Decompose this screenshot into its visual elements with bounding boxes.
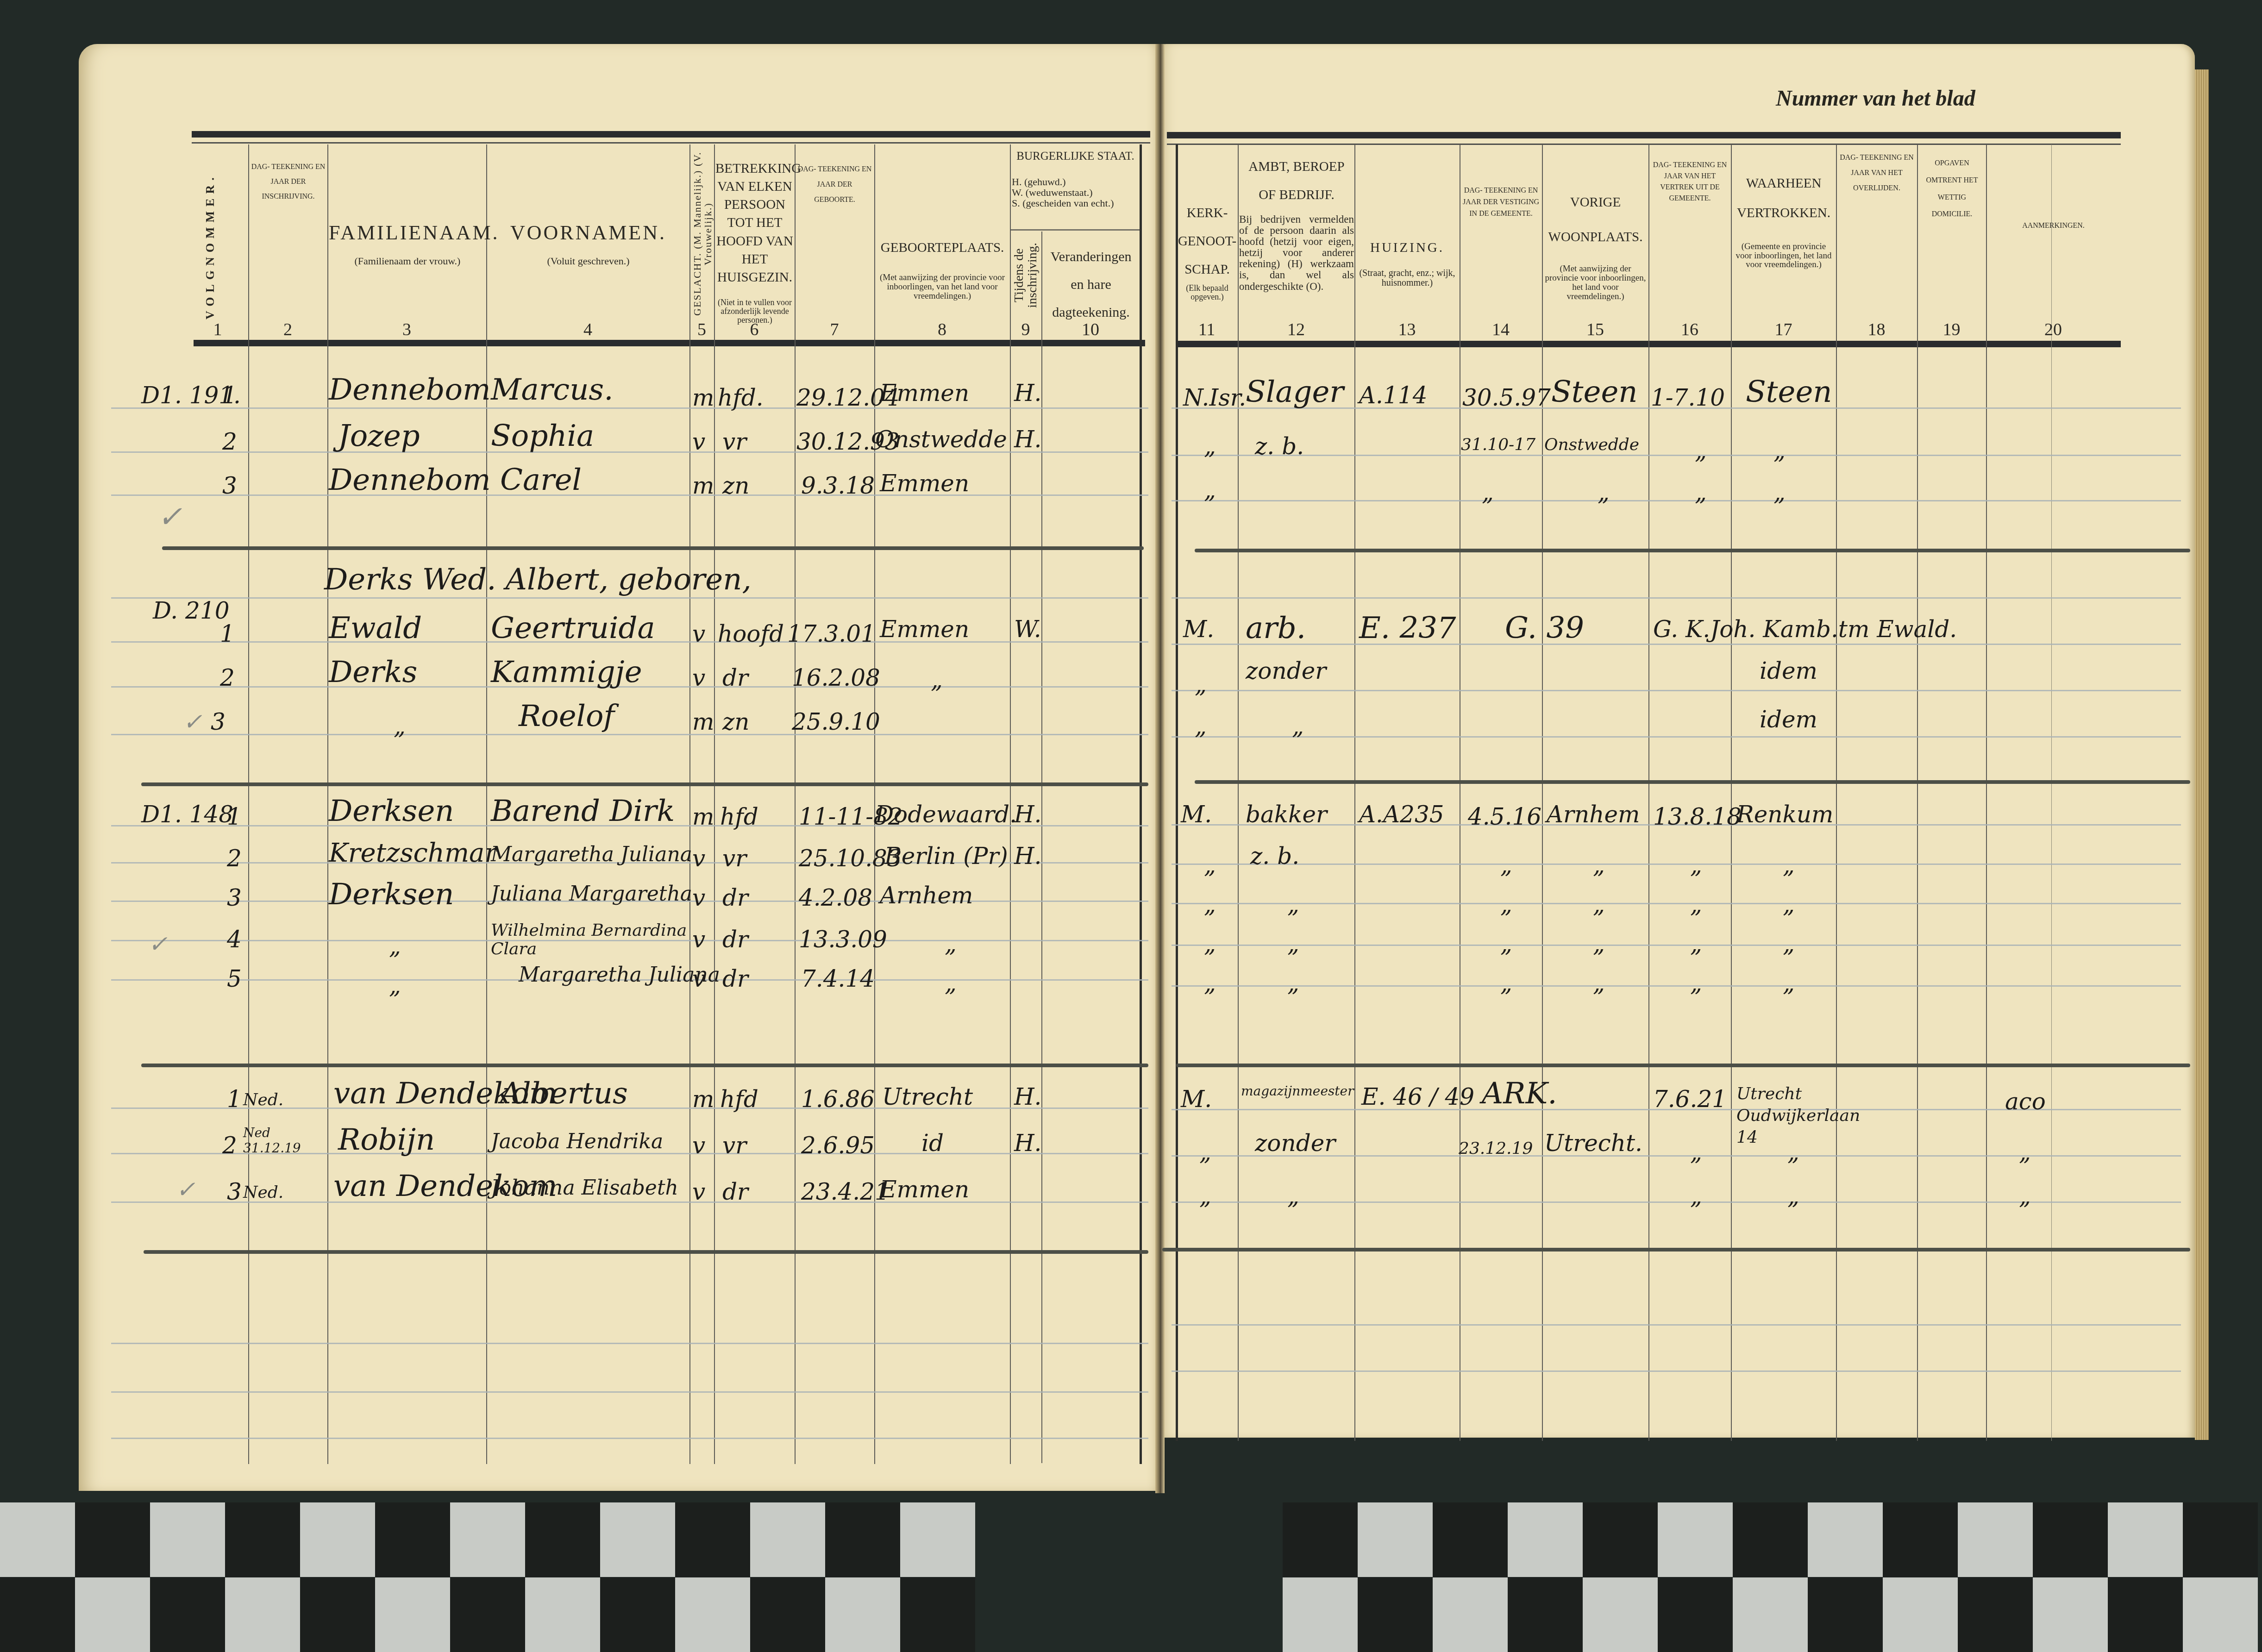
given-names: Margaretha Juliana xyxy=(491,843,692,866)
remarks: aco xyxy=(2005,1088,2046,1115)
household-separator xyxy=(144,1250,1148,1254)
birth-place: Emmen xyxy=(880,470,969,497)
row-nr: 3 xyxy=(227,884,242,911)
destination: „ xyxy=(1773,438,1786,464)
surname: „ xyxy=(394,713,406,740)
relation: vr xyxy=(722,845,746,872)
ruled-line xyxy=(1172,903,2181,904)
row-nr: 4 xyxy=(227,926,242,953)
civil-status: H. xyxy=(1014,1130,1042,1157)
col-num: 4 xyxy=(486,319,689,340)
given-names: Sophia xyxy=(491,419,594,453)
destination: „ xyxy=(1783,970,1795,997)
header-top-rule-right xyxy=(1167,132,2121,138)
sex: v xyxy=(692,965,705,992)
ruled-line xyxy=(1172,500,2181,501)
row-nr: 2 xyxy=(222,1132,237,1159)
col-10-header: Veranderingen en hare dagteekening. xyxy=(1043,243,1139,326)
col-num: 11 xyxy=(1176,319,1238,340)
departure-date: „ xyxy=(1690,970,1702,997)
household-ref: D. 210 xyxy=(153,597,230,624)
ruled-line xyxy=(1172,1370,2181,1372)
ruled-line xyxy=(111,1391,1148,1393)
given-names: Juliana Margaretha xyxy=(491,882,692,906)
col-3-header: FAMILIENAAM. (Familienaam der vrouw.) xyxy=(329,222,486,266)
departure-date: „ xyxy=(1690,891,1702,918)
col-1-header: VOLGNOMMER. xyxy=(204,199,216,319)
col-6-title: BETREKKING VAN ELKEN PERSOON TOT HET HOO… xyxy=(715,160,794,287)
occupation: magazijnmeester xyxy=(1241,1083,1352,1099)
relation: hfd xyxy=(720,803,758,830)
col-13-title: HUIZING. xyxy=(1356,241,1459,255)
relation: zn xyxy=(722,708,750,735)
col-line xyxy=(327,144,328,1464)
church: „ xyxy=(1195,671,1207,698)
previous-residence: Arnhem xyxy=(1547,801,1640,828)
color-calibration-strip-left xyxy=(0,1502,1000,1652)
col-num: 6 xyxy=(714,319,795,340)
settled-date: 30.5.97 xyxy=(1462,384,1551,411)
relation: dr xyxy=(722,926,748,953)
birth-date: 7.4.14 xyxy=(801,965,875,992)
remarks: „ xyxy=(2019,1139,2031,1166)
col-2-header: DAG- TEEKENING EN JAAR DER INSCHRIJVING. xyxy=(250,160,326,204)
household-separator xyxy=(1195,780,2190,784)
relation: dr xyxy=(722,664,748,691)
previous-residence: „ xyxy=(1598,479,1610,506)
surname: „ xyxy=(389,933,401,960)
birth-date: 25.9.10 xyxy=(792,708,880,735)
destination: „ xyxy=(1783,931,1795,957)
col-num: 3 xyxy=(327,319,486,340)
col-5-header: GESLACHT. (M. Mannelijk.) (V. Vrouwelijk… xyxy=(692,148,713,319)
destination: idem xyxy=(1760,706,1817,733)
col-num: 10 xyxy=(1041,319,1140,340)
birth-date: 2.6.95 xyxy=(801,1132,875,1159)
given-names: Johanna Elisabeth xyxy=(491,1176,678,1200)
surname: Derksen xyxy=(329,794,454,828)
row-nr: 1 xyxy=(227,803,242,830)
col-line xyxy=(1140,144,1142,1464)
col-num: 17 xyxy=(1731,319,1836,340)
church: M. xyxy=(1181,1086,1212,1113)
col-num: 14 xyxy=(1460,319,1542,340)
occupation: bakker xyxy=(1246,801,1327,828)
given-names: Margaretha Juliana xyxy=(519,963,720,987)
occupation: „ xyxy=(1287,891,1299,918)
church: „ xyxy=(1204,852,1216,879)
inscription: Ned. xyxy=(243,1090,283,1109)
destination: idem xyxy=(1760,657,1817,684)
occupation: „ xyxy=(1292,713,1304,740)
surname: „ xyxy=(389,972,401,999)
check-mark-icon: ✓ xyxy=(157,500,182,534)
house: A.A235 xyxy=(1359,801,1444,828)
bs-w: W. (weduwenstaat.) xyxy=(1012,187,1139,198)
surname: Dennebom xyxy=(329,373,491,407)
birth-place: Berlin (Pr) xyxy=(884,843,1008,870)
col-18-header: DAG- TEEKENING EN JAAR VAN HET OVERLIJDE… xyxy=(1837,150,1916,196)
surname: Jozep xyxy=(338,419,420,453)
previous-residence: G. 39 xyxy=(1505,611,1584,645)
check-mark-icon: ✓ xyxy=(176,1176,195,1203)
occupation: „ xyxy=(1287,931,1299,957)
relation: dr xyxy=(722,884,748,911)
civil-status: H. xyxy=(1014,426,1042,453)
destination: „ xyxy=(1787,1183,1799,1210)
row-nr: 1 xyxy=(222,382,237,409)
header-top-thin-rule-left xyxy=(192,142,1150,144)
church: „ xyxy=(1204,970,1216,997)
occupation: „ xyxy=(1287,1183,1299,1210)
previous-residence: „ xyxy=(1593,891,1605,918)
departure-date: „ xyxy=(1695,479,1707,506)
destination: „ xyxy=(1783,891,1795,918)
birth-date: 17.3.01 xyxy=(787,620,876,647)
col-20-header: AANMERKINGEN. xyxy=(1987,222,2119,230)
ruled-line xyxy=(111,734,1148,735)
household-separator xyxy=(141,1064,1148,1067)
row-nr: 3 xyxy=(211,708,226,735)
birth-date: 16.2.08 xyxy=(792,664,880,691)
settled-date: „ xyxy=(1500,970,1512,997)
settled-date: „ xyxy=(1500,931,1512,957)
col-13-note: (Straat, gracht, enz.; wijk, huisnommer.… xyxy=(1356,269,1459,288)
settled-date: „ xyxy=(1500,891,1512,918)
relation: zn xyxy=(722,472,750,499)
col-7-header: DAG- TEEKENING EN JAAR DER GEBOORTE. xyxy=(796,162,873,207)
household-ref: D1. 148 xyxy=(141,801,233,828)
ruled-line xyxy=(111,597,1148,599)
household-header-line: Derks Wed. Albert, geboren, xyxy=(324,563,752,597)
col-num: 7 xyxy=(795,319,874,340)
row-nr: 1 xyxy=(227,1086,242,1113)
destination: „ xyxy=(1783,852,1795,879)
col-17-header: WAARHEEN VERTROKKEN. (Gemeente en provin… xyxy=(1732,169,1835,269)
sex: v xyxy=(692,664,705,691)
occupation: zonder xyxy=(1246,657,1326,684)
given-names: Roelof xyxy=(519,699,614,733)
departure-date: „ xyxy=(1690,1183,1702,1210)
bs-s: S. (gescheiden van echt.) xyxy=(1012,198,1139,208)
birth-date: 1.6.86 xyxy=(801,1086,875,1113)
surname: Kretzschmar xyxy=(329,838,497,868)
settled-date: 31.10-17 xyxy=(1461,435,1535,454)
surname: Ewald xyxy=(329,611,422,645)
destination: G. K.Joh. Kamb.tm Ewald. xyxy=(1653,616,1957,643)
relation: dr xyxy=(722,965,748,992)
birth-place: Arnhem xyxy=(880,882,973,909)
given-names: Kammigje xyxy=(491,655,642,689)
relation: vr xyxy=(722,428,746,455)
civil-status: H. xyxy=(1014,843,1042,870)
col-8-title: GEBOORTEPLAATS. xyxy=(876,241,1009,255)
given-names: Wilhelmina Bernardina Clara xyxy=(491,921,690,958)
church: „ xyxy=(1204,433,1216,460)
col-num: 9 xyxy=(1010,319,1041,340)
birth-place: id xyxy=(921,1130,944,1157)
church: M. xyxy=(1183,616,1214,643)
church: „ xyxy=(1204,931,1216,957)
previous-residence: Onstwedde xyxy=(1544,435,1639,454)
ruled-line xyxy=(1172,1324,2181,1326)
col-11-title: KERK- GENOOT- SCHAP. xyxy=(1177,199,1237,284)
row-nr: 2 xyxy=(222,428,237,455)
given-names: Geertruida xyxy=(491,611,655,645)
occupation: z. b. xyxy=(1255,433,1304,460)
birth-date: 23.4.21 xyxy=(801,1178,890,1205)
col-12-title: AMBT, BEROEP OF BEDRIJF. xyxy=(1239,153,1354,209)
row-nr: 2 xyxy=(220,664,235,691)
house: A.114 xyxy=(1359,382,1427,409)
col-num: 19 xyxy=(1917,319,1986,340)
col-11-note: (Elk bepaald opgeven.) xyxy=(1177,284,1237,301)
birth-date: 4.2.08 xyxy=(799,884,872,911)
col-num: 12 xyxy=(1238,319,1354,340)
color-calibration-strip-right xyxy=(1283,1502,2262,1652)
settled-date: 4.5.16 xyxy=(1468,803,1541,830)
departure-date: „ xyxy=(1690,931,1702,957)
ruled-line xyxy=(1172,597,2181,599)
church: N.Isr. xyxy=(1183,384,1246,411)
departure-date: „ xyxy=(1690,852,1702,879)
church: M. xyxy=(1181,801,1212,828)
col-12-header: AMBT, BEROEP OF BEDRIJF. Bij bedrijven v… xyxy=(1239,153,1354,292)
birth-place: Emmen xyxy=(880,616,969,643)
birth-date: 9.3.18 xyxy=(801,472,875,499)
row-nr: 3 xyxy=(227,1178,242,1205)
sex: m xyxy=(692,1086,714,1113)
surname: Dennebom xyxy=(329,463,491,497)
destination: Renkum xyxy=(1736,801,1833,828)
departure-date: „ xyxy=(1695,438,1707,464)
occupation: z. b. xyxy=(1250,843,1299,870)
col-line xyxy=(795,144,796,1464)
inscription: Ned 31.12.19 xyxy=(243,1125,326,1156)
occupation: arb. xyxy=(1246,611,1306,645)
bs-h: H. (gehuwd.) xyxy=(1012,176,1139,187)
birth-place: „ xyxy=(945,931,957,957)
ruled-line xyxy=(111,407,1148,409)
relation: hfd xyxy=(720,1086,758,1113)
ruled-line xyxy=(111,1438,1148,1439)
col-num: 16 xyxy=(1648,319,1731,340)
ruled-line xyxy=(1172,644,2181,645)
surname: Derks xyxy=(329,655,417,689)
sex: m xyxy=(692,472,714,499)
sex: v xyxy=(692,1178,705,1205)
col-4-note: (Voluit geschreven.) xyxy=(488,256,689,266)
row-nr: 1 xyxy=(220,620,235,647)
settled-date: „ xyxy=(1482,479,1494,506)
relation: dr xyxy=(722,1178,748,1205)
remarks: „ xyxy=(2019,1183,2031,1210)
page-number-label: Nummer van het blad xyxy=(1776,86,1975,111)
household-separator xyxy=(162,546,1144,550)
page-stack-right-edge xyxy=(2195,69,2209,1440)
previous-residence: Utrecht. xyxy=(1544,1130,1642,1157)
row-nr: 3 xyxy=(222,472,237,499)
birth-place: Emmen xyxy=(880,380,969,407)
given-names: Jacoba Hendrika xyxy=(491,1130,663,1153)
house: E. 46 / 49 xyxy=(1361,1083,1474,1110)
previous-residence: ARK. xyxy=(1482,1076,1557,1111)
ruled-line xyxy=(1172,455,2181,456)
surname: Derksen xyxy=(329,877,454,912)
sex: v xyxy=(692,1132,705,1159)
col-13-header: HUIZING. (Straat, gracht, enz.; wijk, hu… xyxy=(1356,241,1459,288)
relation: hoofd xyxy=(718,620,784,647)
col-num: 5 xyxy=(689,319,714,340)
given-names: Marcus. xyxy=(491,373,614,407)
household-separator xyxy=(141,782,1148,786)
col-num: 15 xyxy=(1542,319,1648,340)
ruled-line xyxy=(111,494,1148,496)
birth-place: Emmen xyxy=(880,1176,969,1203)
col-3-note: (Familienaam der vrouw.) xyxy=(329,256,486,266)
departure-date: 1-7.10 xyxy=(1651,384,1725,411)
col-9-header: Tijdens de inschrijving. xyxy=(1012,236,1040,315)
sex: v xyxy=(692,620,705,647)
col-6-header: BETREKKING VAN ELKEN PERSOON TOT HET HOO… xyxy=(715,160,794,325)
previous-residence: „ xyxy=(1593,970,1605,997)
settled-date: 23.12.19 xyxy=(1459,1139,1533,1158)
household-separator xyxy=(1176,1064,2190,1067)
occupation: „ xyxy=(1287,970,1299,997)
given-names: Carel xyxy=(500,463,582,497)
birth-place: Dodewaard. xyxy=(875,801,1017,828)
col-15-header: VORIGE WOONPLAATS. (Met aanwijzing der p… xyxy=(1543,185,1648,301)
col-16-header: DAG- TEEKENING EN JAAR VAN HET VERTREK U… xyxy=(1650,160,1730,204)
settled-date: „ xyxy=(1500,852,1512,879)
ruled-line xyxy=(1172,985,2181,987)
col-4-header: VOORNAMEN. (Voluit geschreven.) xyxy=(488,222,689,266)
previous-residence: „ xyxy=(1593,852,1605,879)
household-separator xyxy=(1162,1248,2190,1252)
church: „ xyxy=(1199,1183,1211,1210)
sex: m xyxy=(692,803,714,830)
destination: „ xyxy=(1787,1139,1799,1166)
col-12-note: Bij bedrijven vermelden of de persoon da… xyxy=(1239,214,1354,292)
header-bottom-rule-left xyxy=(194,340,1145,346)
col-5-title: GESLACHT. xyxy=(691,253,703,316)
surname: Robijn xyxy=(338,1123,435,1157)
ruled-line xyxy=(1172,736,2181,738)
col-19-header: OPGAVEN OMTRENT HET WETTIG DOMICILIE. xyxy=(1918,155,1986,223)
household-separator xyxy=(1195,549,2190,552)
col-num: 2 xyxy=(248,319,327,340)
previous-residence: Steen xyxy=(1551,375,1638,409)
burgerlijke-staat-title: BURGERLIJKE STAAT. xyxy=(1012,150,1139,163)
sex: m xyxy=(692,384,714,411)
destination: „ xyxy=(1773,479,1786,506)
check-mark-icon: ✓ xyxy=(183,708,202,735)
church: „ xyxy=(1204,891,1216,918)
sex: m xyxy=(692,708,714,735)
destination: Steen xyxy=(1746,375,1832,409)
sex: v xyxy=(692,845,705,872)
col-num: 20 xyxy=(1986,319,2120,340)
civil-status: H. xyxy=(1014,801,1042,828)
ruled-line xyxy=(1172,690,2181,691)
col-5-note: (M. Mannelijk.) (V. Vrouwelijk.) xyxy=(691,152,714,265)
col-line xyxy=(248,144,249,1464)
col-4-title: VOORNAMEN. xyxy=(488,222,689,244)
birth-place: „ xyxy=(931,667,943,694)
col-15-note: (Met aanwijzing der provincie voor inboo… xyxy=(1543,264,1648,301)
given-names: Albertus xyxy=(500,1076,628,1111)
col-3-title: FAMILIENAAM. xyxy=(329,222,486,244)
header-top-rule-left xyxy=(192,131,1150,138)
col-num: 13 xyxy=(1354,319,1460,340)
check-mark-icon: ✓ xyxy=(148,931,168,957)
col-15-title: VORIGE WOONPLAATS. xyxy=(1543,185,1648,255)
relation: hfd. xyxy=(718,384,764,411)
church: „ xyxy=(1195,713,1207,740)
departure-date: „ xyxy=(1690,1139,1702,1166)
church: „ xyxy=(1199,1139,1211,1166)
col-14-header: DAG- TEEKENING EN JAAR DER VESTIGING IN … xyxy=(1461,185,1541,219)
col-line xyxy=(486,144,487,1464)
ruled-line xyxy=(111,1343,1148,1344)
col-8-header: GEBOORTEPLAATS. (Met aanwijzing der prov… xyxy=(876,241,1009,301)
col-line xyxy=(689,144,690,1464)
civil-status: W. xyxy=(1014,616,1041,643)
col-num: 1 xyxy=(204,319,232,340)
row-nr: 2 xyxy=(227,845,242,872)
ruled-line xyxy=(1172,864,2181,865)
occupation: Slager xyxy=(1246,375,1344,409)
civil-status: H. xyxy=(1014,380,1042,407)
given-names: Barend Dirk xyxy=(491,794,675,828)
col-17-title: WAARHEEN VERTROKKEN. xyxy=(1732,169,1835,228)
row-nr: 5 xyxy=(227,965,242,992)
inscription: Ned. xyxy=(243,1183,283,1202)
departure-date: 13.8.18 xyxy=(1653,803,1742,830)
book-gutter xyxy=(1155,44,1165,1493)
house: E. 237 xyxy=(1359,611,1456,645)
previous-residence: „ xyxy=(1593,931,1605,957)
sex: v xyxy=(692,884,705,911)
birth-place: „ xyxy=(945,970,957,997)
col-num: 8 xyxy=(874,319,1010,340)
relation: vr xyxy=(722,1132,746,1159)
ruled-line xyxy=(1172,945,2181,946)
col-11-header: KERK- GENOOT- SCHAP. (Elk bepaald opgeve… xyxy=(1177,199,1237,301)
burgerlijke-staat-divider xyxy=(1010,229,1140,231)
departure-date: 7.6.21 xyxy=(1653,1086,1727,1113)
sex: v xyxy=(692,428,705,455)
burgerlijke-staat-header: BURGERLIJKE STAAT. H. (gehuwd.) W. (wedu… xyxy=(1012,150,1139,209)
occupation: zonder xyxy=(1255,1130,1335,1157)
birth-date: 13.3.09 xyxy=(799,926,887,953)
birth-place: Onstwedde xyxy=(875,426,1007,453)
header-top-thin-rule-right xyxy=(1167,144,2121,145)
col-8-note: (Met aanwijzing der provincie voor inboo… xyxy=(876,273,1009,301)
sex: v xyxy=(692,926,705,953)
church: „ xyxy=(1204,477,1216,504)
col-num: 18 xyxy=(1836,319,1917,340)
col-17-note: (Gemeente en provincie voor inboorlingen… xyxy=(1732,242,1835,270)
civil-status: H. xyxy=(1014,1083,1042,1110)
birth-place: Utrecht xyxy=(882,1083,973,1110)
